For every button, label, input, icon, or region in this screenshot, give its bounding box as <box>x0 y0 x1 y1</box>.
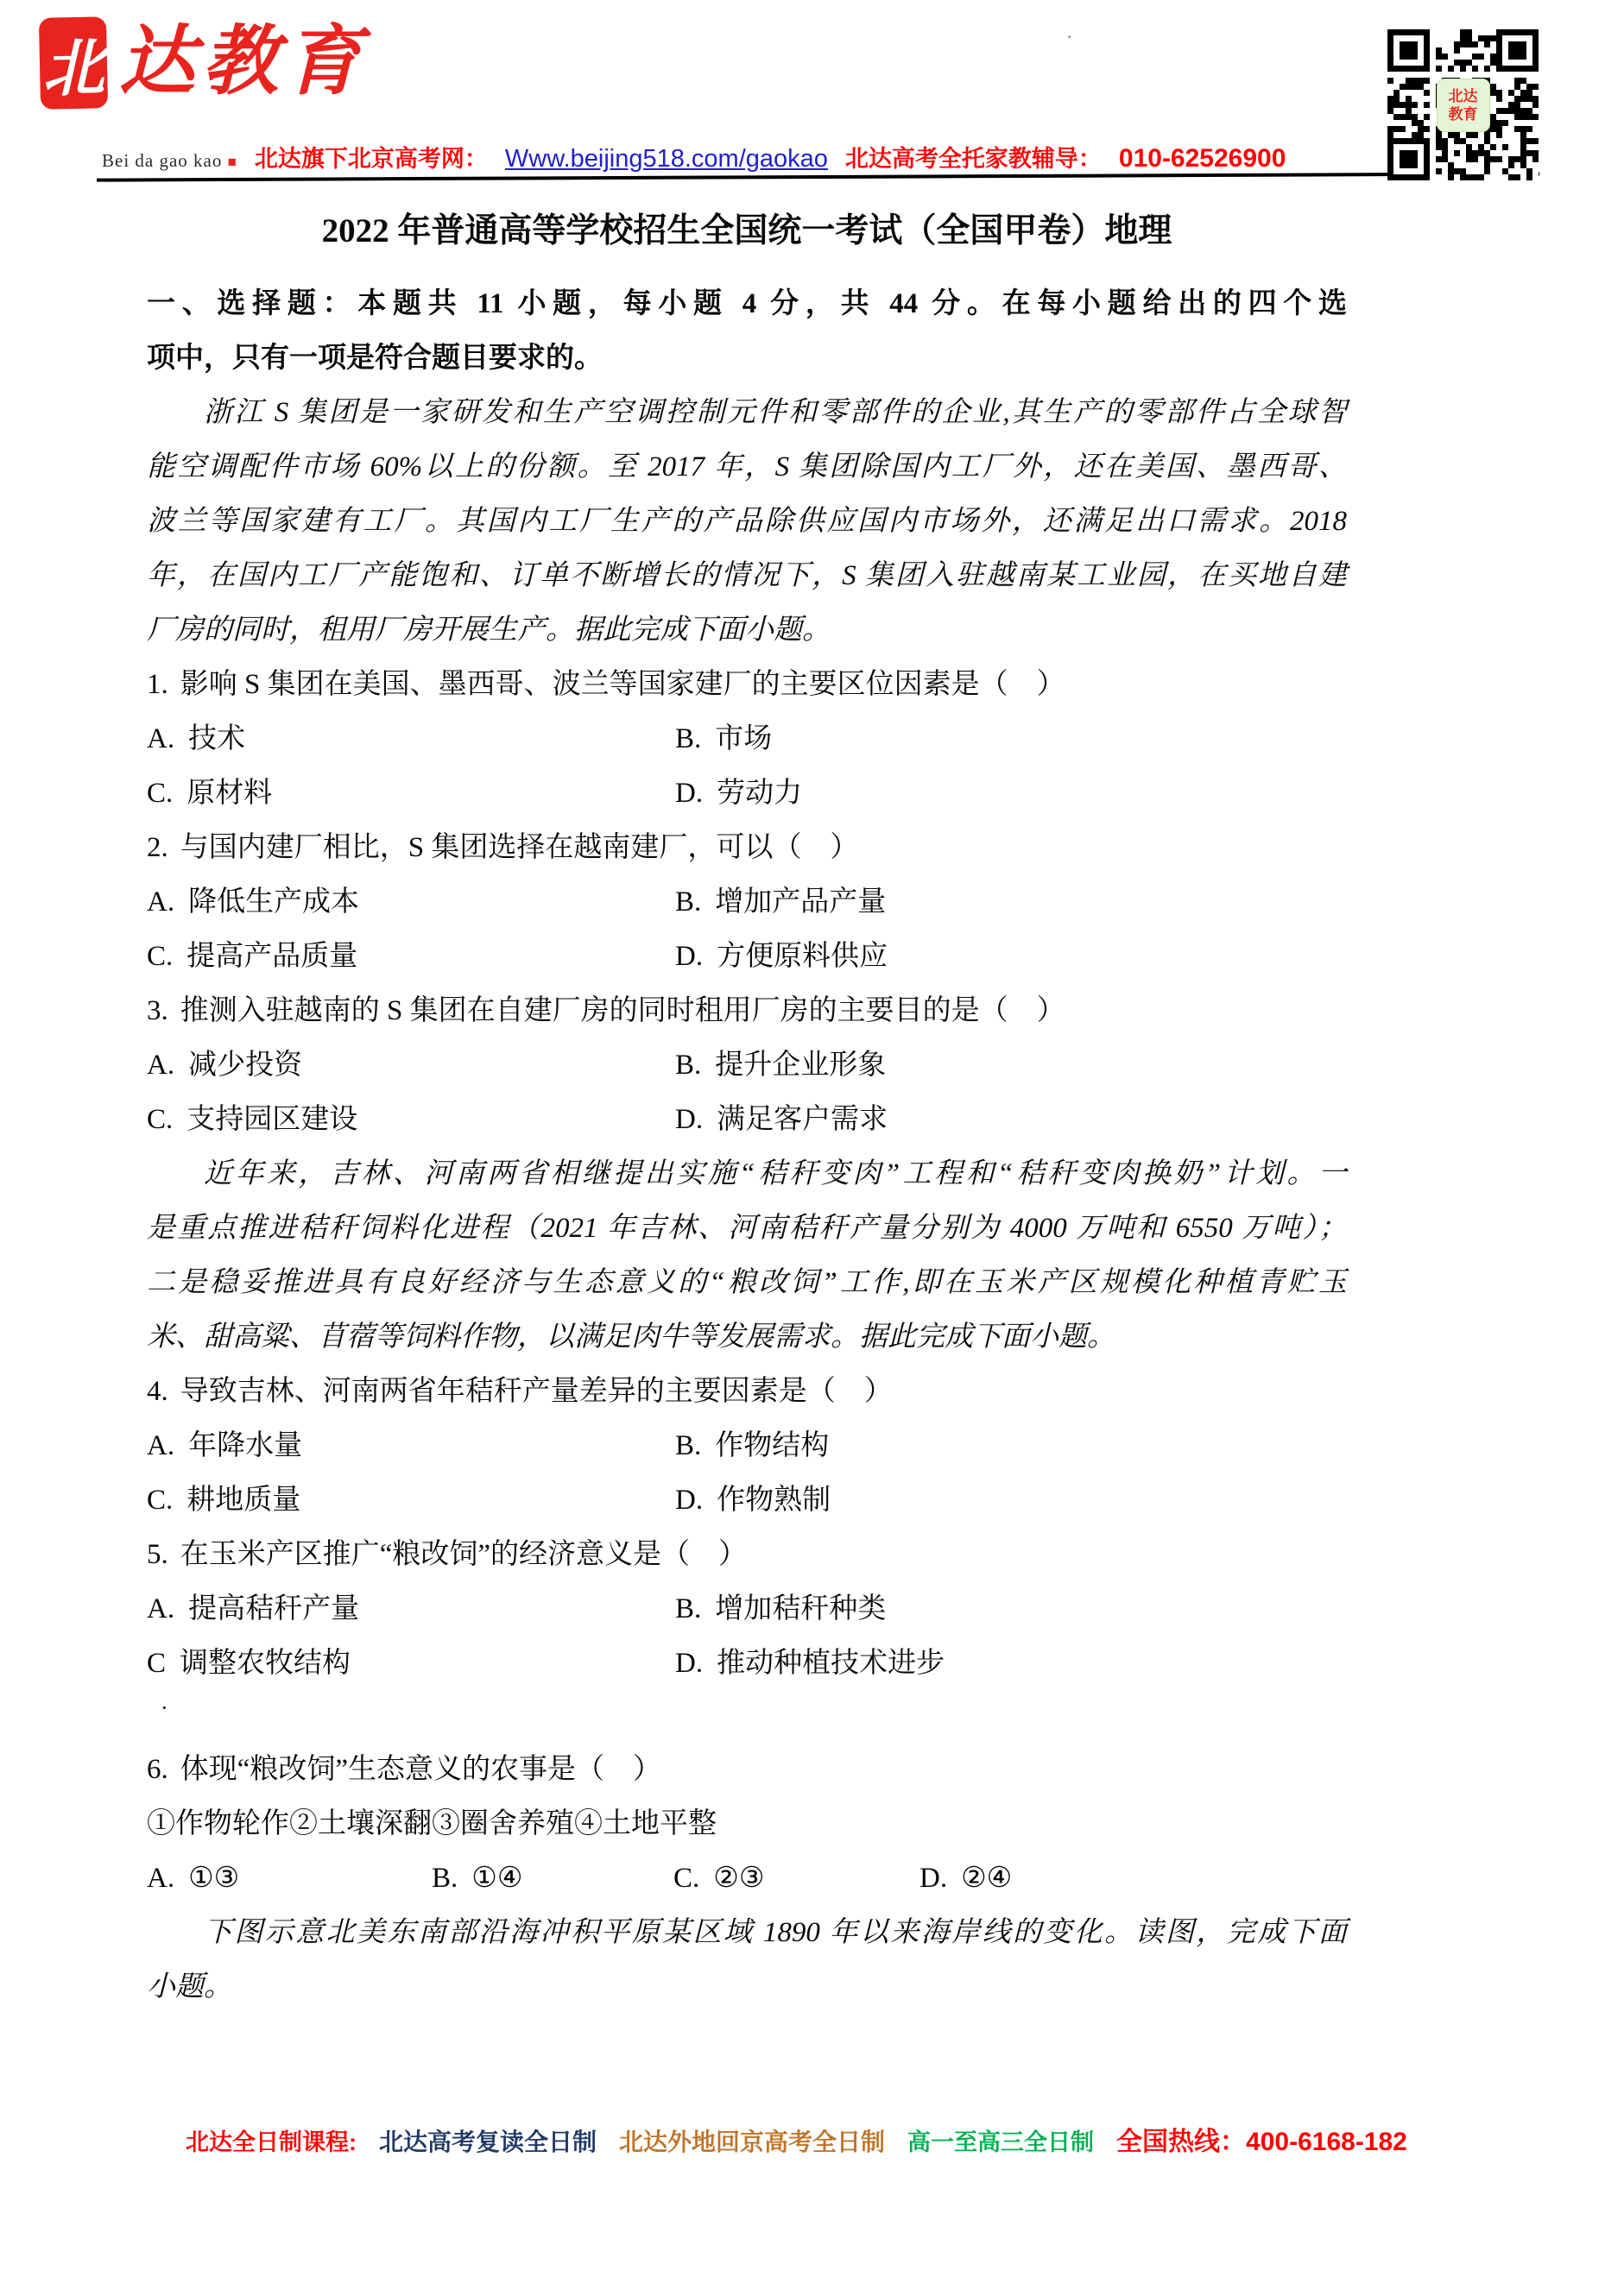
option-label: A. <box>147 886 174 918</box>
option-text: 减少投资 <box>188 1050 302 1081</box>
option-text: ②③ <box>713 1863 764 1894</box>
option-text: 市场 <box>715 723 772 754</box>
option-label: A. <box>147 1050 174 1081</box>
passage-line: 二是稳妥推进具有良好经济与生态意义的“粮改饲”工作,即在玉米产区规模化种植青贮玉 <box>147 1256 1347 1310</box>
option-2-c: C.提高产品质量 <box>147 930 675 984</box>
question-stem: 3.推测入驻越南的 S 集团在自建厂房的同时租用厂房的主要目的是（ ） <box>147 984 1347 1038</box>
option-row: A.减少投资 B.提升企业形象 <box>147 1038 1347 1093</box>
option-label: D. <box>675 1485 703 1516</box>
passage-line: 米、甜高粱、苜蓿等饲料作物，以满足肉牛等发展需求。据此完成下面小题。 <box>147 1310 1347 1365</box>
option-text: 作物熟制 <box>717 1485 831 1516</box>
option-2-b: B.增加产品产量 <box>675 875 1347 930</box>
option-label: B. <box>675 1050 701 1081</box>
option-5-c: C调整农牧结构 <box>147 1637 675 1691</box>
question-number: 1. <box>147 669 168 700</box>
option-1-d: D.劳动力 <box>675 766 1347 821</box>
option-3-c: C.支持园区建设 <box>147 1093 675 1147</box>
passage-line: 能空调配件市场 60%以上的份额。至 2017 年，S 集团除国内工厂外，还在美… <box>147 440 1347 495</box>
question-stem-text: 与国内建厂相比，S 集团选择在越南建厂，可以（ ） <box>180 832 859 863</box>
option-row: C.支持园区建设 D.满足客户需求 <box>147 1093 1347 1147</box>
option-2-a: A.降低生产成本 <box>147 875 675 930</box>
option-row: A.年降水量 B.作物结构 <box>147 1419 1347 1473</box>
option-text: 增加产品产量 <box>715 886 886 918</box>
option-label: A. <box>147 1863 174 1894</box>
option-2-d: D.方便原料供应 <box>675 930 1347 984</box>
question-2: 2.与国内建厂相比，S 集团选择在越南建厂，可以（ ） A.降低生产成本 B.增… <box>147 821 1347 984</box>
option-text: 原材料 <box>186 778 272 809</box>
passage-line: 小题。 <box>147 1960 1347 2015</box>
option-label: D. <box>675 941 703 972</box>
option-4-d: D.作物熟制 <box>675 1473 1347 1528</box>
qr-label-line1: 北达 <box>1449 87 1478 105</box>
option-4-b: B.作物结构 <box>675 1419 1347 1473</box>
site-url-link[interactable]: Www.beijing518.com/gaokao <box>505 145 828 173</box>
option-text: 调整农牧结构 <box>180 1648 351 1679</box>
qr-code: 北达 教育 <box>1387 29 1539 180</box>
option-label: A. <box>147 723 174 754</box>
page-footer: 北达全日制课程: 北达高考复读全日制 北达外地回京高考全日制 高一至高三全日制 … <box>186 2125 1407 2160</box>
footer-item-grade1-3: 高一至高三全日制 <box>907 2125 1094 2160</box>
option-label: D. <box>675 1104 703 1135</box>
option-row: C.原材料 D.劳动力 <box>147 766 1347 821</box>
option-3-d: D.满足客户需求 <box>675 1093 1347 1147</box>
passage-line: 近年来，吉林、河南两省相继提出实施“秸秆变肉”工程和“秸秆变肉换奶”计划。一 <box>147 1147 1347 1202</box>
option-label: C <box>147 1648 166 1679</box>
option-label: B. <box>675 886 701 918</box>
question-6: 6.体现“粮改饲”生态意义的农事是（ ） ①作物轮作②土壤深翻③圈舍养殖④土地平… <box>147 1743 1347 1906</box>
brand-subtitle-text: Bei da gao kao <box>102 150 222 171</box>
brand-name: 达教育 <box>119 17 368 109</box>
option-text: 满足客户需求 <box>717 1104 888 1135</box>
option-text: ②④ <box>961 1863 1012 1894</box>
section-intro-line: 一、选择题：本题共 11 小题，每小题 4 分，共 44 分。在每小题给出的四个… <box>147 277 1347 331</box>
option-text: 支持园区建设 <box>186 1104 357 1135</box>
option-label: C. <box>147 778 173 809</box>
footer-hotline: 全国热线：400-6168-182 <box>1116 2125 1407 2160</box>
option-6-a: A.①③ <box>147 1851 432 1906</box>
passage-line: 波兰等国家建有工厂。其国内工厂生产的产品除供应国内市场外，还满足出口需求。201… <box>147 495 1347 549</box>
scan-artifact: · <box>1066 26 1072 48</box>
option-text: 推动种植技术进步 <box>717 1648 945 1679</box>
option-row: A.技术 B.市场 <box>147 712 1347 766</box>
passage-line: 年，在国内工厂产能饱和、订单不断增长的情况下，S 集团入驻越南某工业园，在买地自… <box>147 549 1347 603</box>
option-label: B. <box>432 1863 458 1894</box>
question-4: 4.导致吉林、河南两省年秸秆产量差异的主要因素是（ ） A.年降水量 B.作物结… <box>147 1365 1347 1528</box>
option-label: C. <box>673 1863 699 1894</box>
option-1-a: A.技术 <box>147 712 675 766</box>
question-stem: 1.影响 S 集团在美国、墨西哥、波兰等国家建厂的主要区位因素是（ ） <box>147 658 1347 712</box>
option-text: 作物结构 <box>715 1430 829 1461</box>
passage-line: 下图示意北美东南部沿海冲积平原某区域 1890 年以来海岸线的变化。读图，完成下… <box>147 1906 1347 1960</box>
option-3-a: A.减少投资 <box>147 1038 675 1093</box>
option-text: 技术 <box>188 723 245 754</box>
option-text: ①③ <box>188 1863 239 1894</box>
option-label: B. <box>675 1430 701 1461</box>
qr-center-label: 北达 教育 <box>1437 79 1490 132</box>
question-stem: 5.在玉米产区推广“粮改饲”的经济意义是（ ） <box>147 1528 1347 1582</box>
option-row: C.提高产品质量 D.方便原料供应 <box>147 930 1347 984</box>
option-5-d: D.推动种植技术进步 <box>675 1637 1347 1691</box>
option-label: D. <box>675 1648 703 1679</box>
passage-closing: 下图示意北美东南部沿海冲积平原某区域 1890 年以来海岸线的变化。读图，完成下… <box>147 1906 1347 2015</box>
option-1-c: C.原材料 <box>147 766 675 821</box>
option-text: 劳动力 <box>717 778 802 809</box>
question-stem: 4.导致吉林、河南两省年秸秆产量差异的主要因素是（ ） <box>147 1365 1347 1419</box>
option-text: 耕地质量 <box>186 1485 300 1516</box>
question-stem: 2.与国内建厂相比，S 集团选择在越南建厂，可以（ ） <box>147 821 1347 875</box>
option-5-b: B.增加秸秆种类 <box>675 1582 1347 1637</box>
stray-dot: · <box>147 1691 1347 1725</box>
option-text: ①④ <box>471 1863 522 1894</box>
exam-title: 2022 年普通高等学校招生全国统一考试（全国甲卷）地理 <box>147 201 1347 262</box>
question-stem-text: 推测入驻越南的 S 集团在自建厂房的同时租用厂房的主要目的是（ ） <box>180 995 1065 1026</box>
question-items: ①作物轮作②土壤深翻③圈舍养殖④土地平整 <box>147 1797 1347 1851</box>
option-1-b: B.市场 <box>675 712 1347 766</box>
question-stem-text: 在玉米产区推广“粮改饲”的经济意义是（ ） <box>180 1539 747 1570</box>
site-label: 北达旗下北京高考网： <box>255 140 488 173</box>
option-label: C. <box>147 1104 173 1135</box>
option-label: D. <box>675 778 703 809</box>
option-label: B. <box>675 1593 701 1624</box>
question-5: 5.在玉米产区推广“粮改饲”的经济意义是（ ） A.提高秸秆产量 B.增加秸秆种… <box>147 1528 1347 1725</box>
option-row: C.耕地质量 D.作物熟制 <box>147 1473 1347 1528</box>
option-row: C调整农牧结构 D.推动种植技术进步 <box>147 1637 1347 1691</box>
question-stem-text: 导致吉林、河南两省年秸秆产量差异的主要因素是（ ） <box>180 1376 893 1407</box>
option-6-d: D.②④ <box>919 1851 1347 1906</box>
passage-line: 是重点推进秸秆饲料化进程（2021 年吉林、河南秸秆产量分别为 4000 万吨和… <box>147 1202 1347 1256</box>
tutor-label: 北达高考全托家教辅导： <box>845 140 1102 173</box>
option-text: 提高产品质量 <box>186 941 357 972</box>
option-6-c: C.②③ <box>673 1851 919 1906</box>
option-text: 方便原料供应 <box>717 941 888 972</box>
option-row: A.降低生产成本 B.增加产品产量 <box>147 875 1347 930</box>
option-label: A. <box>147 1593 174 1624</box>
footer-item-fulltime-repeat: 北达高考复读全日制 <box>379 2125 597 2160</box>
option-label: C. <box>147 1485 173 1516</box>
brand-logo: 北 达教育 <box>40 17 368 109</box>
question-stem-text: 影响 S 集团在美国、墨西哥、波兰等国家建厂的主要区位因素是（ ） <box>180 669 1065 700</box>
question-stem-text: 体现“粮改饲”生态意义的农事是（ ） <box>180 1754 661 1785</box>
page-header: 北 达教育 Bei da gao kao ■ 北达旗下北京高考网： Www.be… <box>0 0 1624 179</box>
option-label: D. <box>919 1863 947 1894</box>
question-number: 6. <box>147 1754 168 1785</box>
passage-line: 厂房的同时，租用厂房开展生产。据此完成下面小题。 <box>147 603 1347 658</box>
option-4-a: A.年降水量 <box>147 1419 675 1473</box>
footer-label: 北达全日制课程: <box>186 2125 357 2160</box>
option-text: 年降水量 <box>188 1430 302 1461</box>
tutor-phone: 010-62526900 <box>1119 144 1286 173</box>
question-stem: 6.体现“粮改饲”生态意义的农事是（ ） <box>147 1743 1347 1797</box>
option-label: C. <box>147 941 173 972</box>
option-text: 增加秸秆种类 <box>715 1593 886 1624</box>
question-number: 3. <box>147 995 168 1026</box>
option-6-b: B.①④ <box>432 1851 673 1906</box>
brand-seal-icon: 北 <box>39 16 108 110</box>
section-intro-line: 项中，只有一项是符合题目要求的。 <box>147 331 1347 386</box>
passage-line: 浙江 S 集团是一家研发和生产空调控制元件和零部件的企业,其生产的零部件占全球智 <box>147 386 1347 440</box>
exam-paper-page: 北 达教育 Bei da gao kao ■ 北达旗下北京高考网： Www.be… <box>0 0 1624 2296</box>
question-number: 2. <box>147 832 168 863</box>
option-text: 提高秸秆产量 <box>188 1593 359 1624</box>
question-number: 5. <box>147 1539 168 1570</box>
option-row: A.提高秸秆产量 B.增加秸秆种类 <box>147 1582 1347 1637</box>
option-4-c: C.耕地质量 <box>147 1473 675 1528</box>
footer-item-return-beijing: 北达外地回京高考全日制 <box>619 2125 885 2160</box>
option-label: B. <box>675 723 701 754</box>
question-1: 1.影响 S 集团在美国、墨西哥、波兰等国家建厂的主要区位因素是（ ） A.技术… <box>147 658 1347 821</box>
brand-subtitle: Bei da gao kao ■ <box>102 150 237 172</box>
option-5-a: A.提高秸秆产量 <box>147 1582 675 1637</box>
option-row: A.①③ B.①④ C.②③ D.②④ <box>147 1851 1347 1906</box>
passage-1: 浙江 S 集团是一家研发和生产空调控制元件和零部件的企业,其生产的零部件占全球智… <box>147 386 1347 658</box>
question-number: 4. <box>147 1376 168 1407</box>
passage-2: 近年来，吉林、河南两省相继提出实施“秸秆变肉”工程和“秸秆变肉换奶”计划。一 是… <box>147 1147 1347 1365</box>
exam-content: 2022 年普通高等学校招生全国统一考试（全国甲卷）地理 一、选择题：本题共 1… <box>147 179 1347 2015</box>
brand-marker-icon: ■ <box>228 154 237 170</box>
qr-label-line2: 教育 <box>1449 105 1478 123</box>
question-3: 3.推测入驻越南的 S 集团在自建厂房的同时租用厂房的主要目的是（ ） A.减少… <box>147 984 1347 1147</box>
section-intro: 一、选择题：本题共 11 小题，每小题 4 分，共 44 分。在每小题给出的四个… <box>147 277 1347 386</box>
option-text: 提升企业形象 <box>715 1050 886 1081</box>
header-info-row: Bei da gao kao ■ 北达旗下北京高考网： Www.beijing5… <box>102 140 1286 173</box>
option-text: 降低生产成本 <box>188 886 359 918</box>
option-label: A. <box>147 1430 174 1461</box>
option-3-b: B.提升企业形象 <box>675 1038 1347 1093</box>
